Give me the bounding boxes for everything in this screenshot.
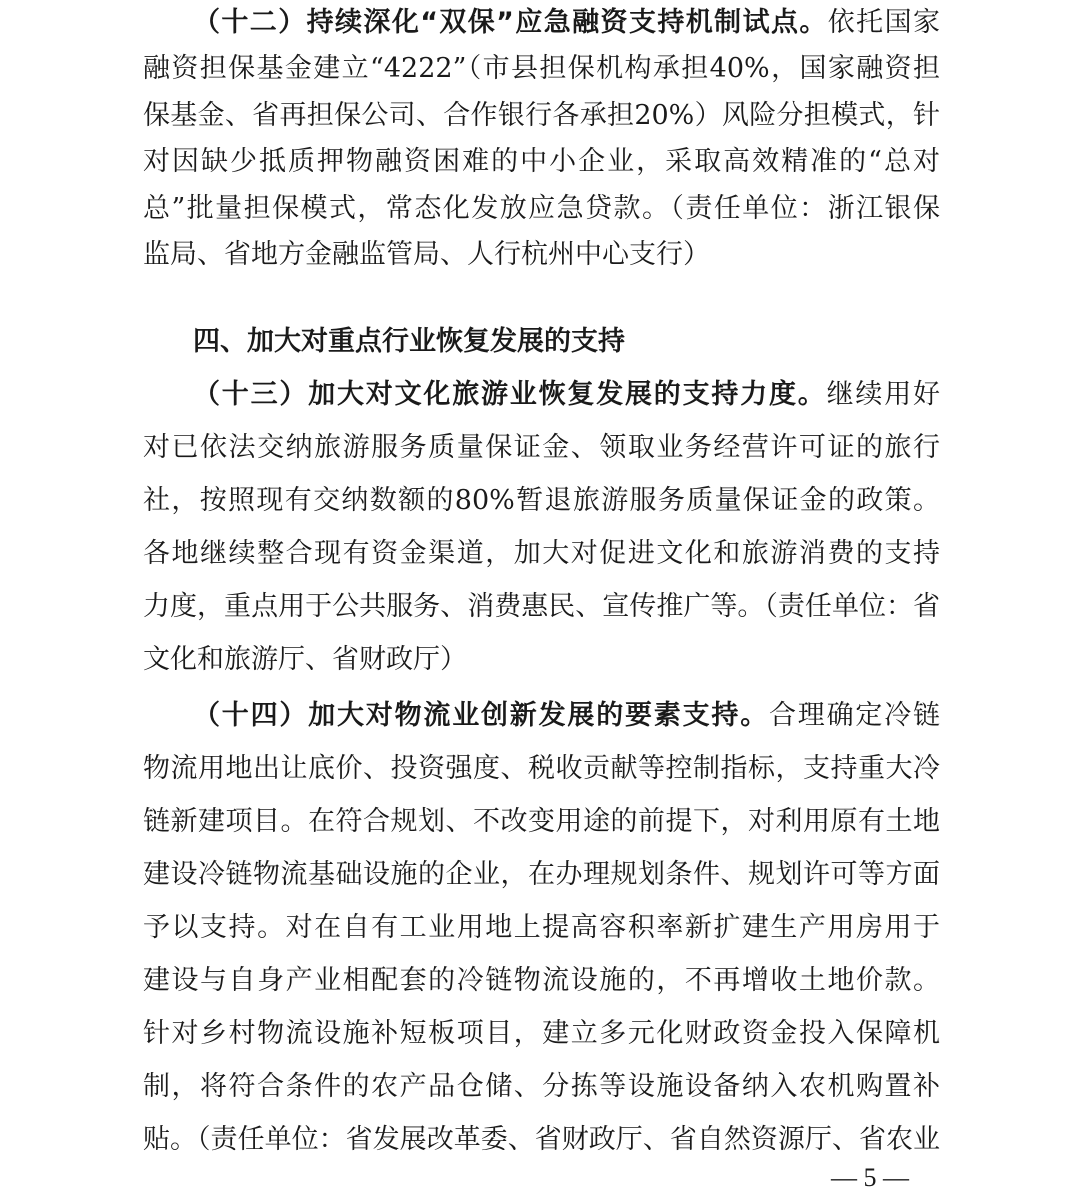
section-heading-4: 四、加大对重点行业恢复发展的支持 <box>193 319 940 365</box>
item-12-line-1: （十二）持续深化“双保”应急融资支持机制试点。依托国家 <box>193 0 940 46</box>
item-14-line-1: （十四）加大对物流业创新发展的要素支持。合理确定冷链 <box>193 693 940 739</box>
item-14-line-6: 建设与自身产业相配套的冷链物流设施的，不再增收土地价款。 <box>143 958 940 1004</box>
item-14-line-3: 链新建项目。在符合规划、不改变用途的前提下，对利用原有土地 <box>143 799 940 845</box>
item-13-line-4: 各地继续整合现有资金渠道，加大对促进文化和旅游消费的支持 <box>143 531 940 577</box>
item-14-line-4: 建设冷链物流基础设施的企业，在办理规划条件、规划许可等方面 <box>143 852 940 898</box>
item-13-title: （十三）加大对文化旅游业恢复发展的支持力度。 <box>193 379 827 410</box>
item-14-text: 合理确定冷链 <box>769 700 940 731</box>
item-12-line-4: 对因缺少抵质押物融资困难的中小企业，采取高效精准的“总对 <box>143 139 940 185</box>
item-12-line-5: 总”批量担保模式，常态化发放应急贷款。（责任单位：浙江银保 <box>143 186 940 232</box>
item-13-line-2: 对已依法交纳旅游服务质量保证金、领取业务经营许可证的旅行 <box>143 425 940 471</box>
item-14-line-8: 制，将符合条件的农产品仓储、分拣等设施设备纳入农机购置补 <box>143 1064 940 1110</box>
item-14-title: （十四）加大对物流业创新发展的要素支持。 <box>193 700 769 731</box>
item-14-line-5: 予以支持。对在自有工业用地上提高容积率新扩建生产用房用于 <box>143 905 940 951</box>
item-13-line-3: 社，按照现有交纳数额的80%暂退旅游服务质量保证金的政策。 <box>143 478 940 524</box>
item-12-line-2: 融资担保基金建立“4222”（市县担保机构承担40%，国家融资担 <box>143 46 940 92</box>
item-12-line-3: 保基金、省再担保公司、合作银行各承担20%）风险分担模式，针 <box>143 93 940 139</box>
item-13-line-5: 力度，重点用于公共服务、消费惠民、宣传推广等。（责任单位：省 <box>143 584 940 630</box>
item-12-text: 依托国家 <box>828 7 940 38</box>
item-14-line-2: 物流用地出让底价、投资强度、税收贡献等控制指标，支持重大冷 <box>143 746 940 792</box>
item-14-line-7: 针对乡村物流设施补短板项目，建立多元化财政资金投入保障机 <box>143 1011 940 1057</box>
page-number: — 5 — <box>820 1160 920 1195</box>
item-13-line-6: 文化和旅游厅、省财政厅） <box>143 637 940 683</box>
item-12-title: （十二）持续深化“双保”应急融资支持机制试点。 <box>193 7 828 38</box>
item-12-line-6: 监局、省地方金融监管局、人行杭州中心支行） <box>143 232 940 278</box>
item-14-line-9: 贴。（责任单位：省发展改革委、省财政厅、省自然资源厅、省农业 <box>143 1117 940 1163</box>
item-13-line-1: （十三）加大对文化旅游业恢复发展的支持力度。继续用好 <box>193 372 940 418</box>
item-13-text: 继续用好 <box>827 379 940 410</box>
